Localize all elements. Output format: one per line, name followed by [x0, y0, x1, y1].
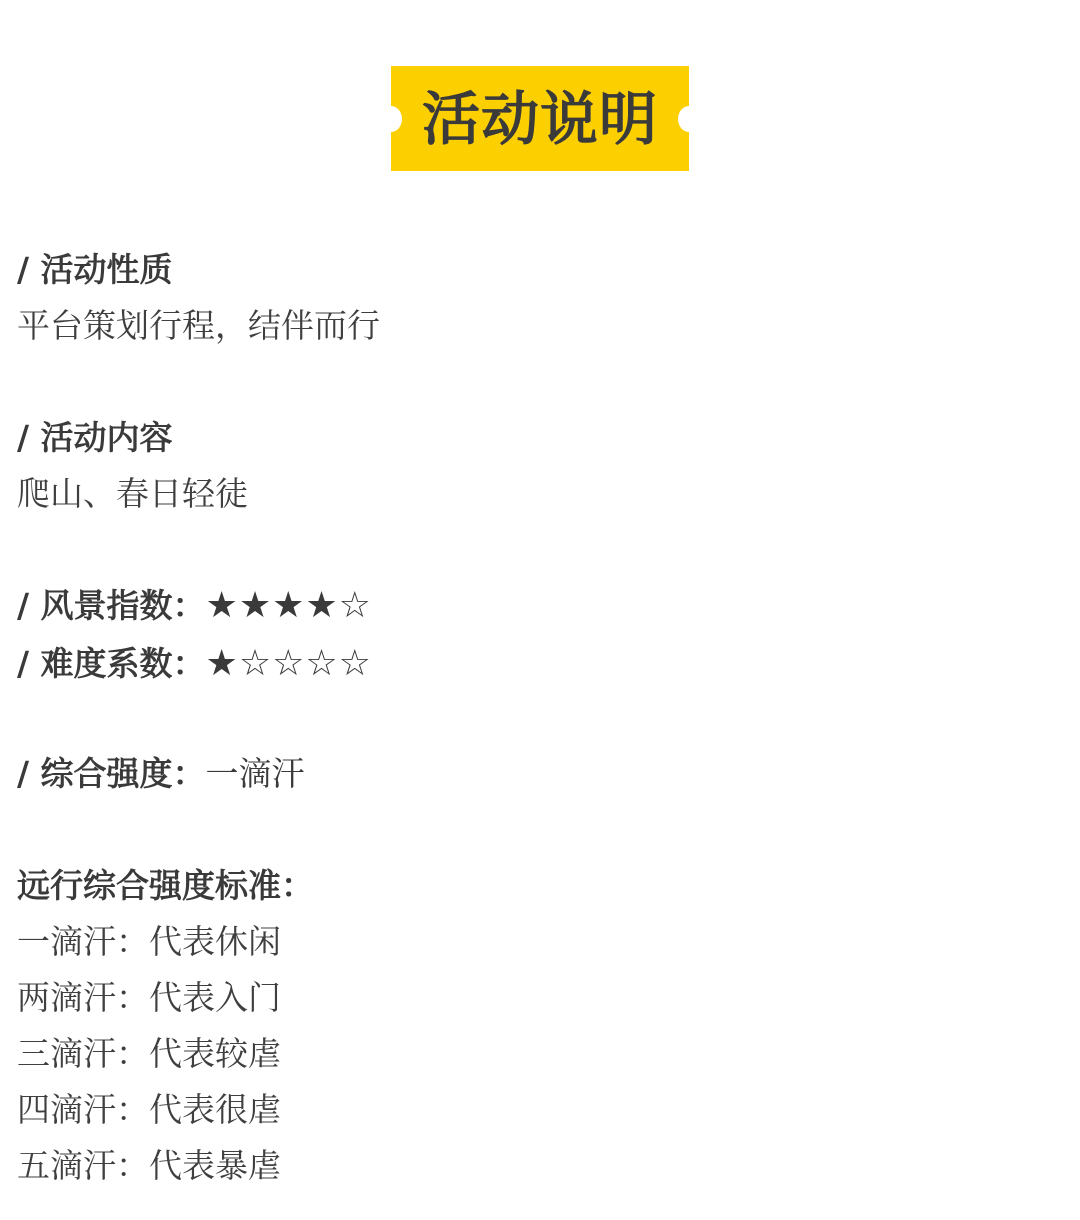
scenery-rating: / 风景指数：★★★★☆ [17, 586, 372, 626]
intensity-label: / 综合强度： [17, 754, 206, 793]
nature-heading: / 活动性质 [17, 250, 173, 290]
nature-body: 平台策划行程，结伴而行 [17, 306, 380, 346]
content-heading: / 活动内容 [17, 418, 173, 458]
standard-item: 三滴汗：代表较虐 [17, 1034, 281, 1074]
star-rating-icon: ★☆☆☆☆ [206, 643, 372, 684]
ticket-notch-right [678, 106, 700, 132]
difficulty-rating: / 难度系数：★☆☆☆☆ [17, 644, 372, 684]
banner-title: 活动说明 [422, 90, 658, 148]
content-body: 爬山、春日轻徒 [17, 474, 248, 514]
intensity-row: / 综合强度：一滴汗 [17, 754, 305, 794]
difficulty-label: / 难度系数： [17, 644, 206, 683]
standard-item: 一滴汗：代表休闲 [17, 922, 281, 962]
standard-item: 两滴汗：代表入门 [17, 978, 281, 1018]
activity-banner: 活动说明 [391, 66, 689, 171]
intensity-value: 一滴汗 [206, 754, 305, 793]
scenery-label: / 风景指数： [17, 586, 206, 625]
standard-item: 五滴汗：代表暴虐 [17, 1146, 281, 1186]
standard-heading: 远行综合强度标准： [17, 866, 314, 906]
star-rating-icon: ★★★★☆ [206, 585, 372, 626]
ticket-notch-left [380, 106, 402, 132]
standard-item: 四滴汗：代表很虐 [17, 1090, 281, 1130]
